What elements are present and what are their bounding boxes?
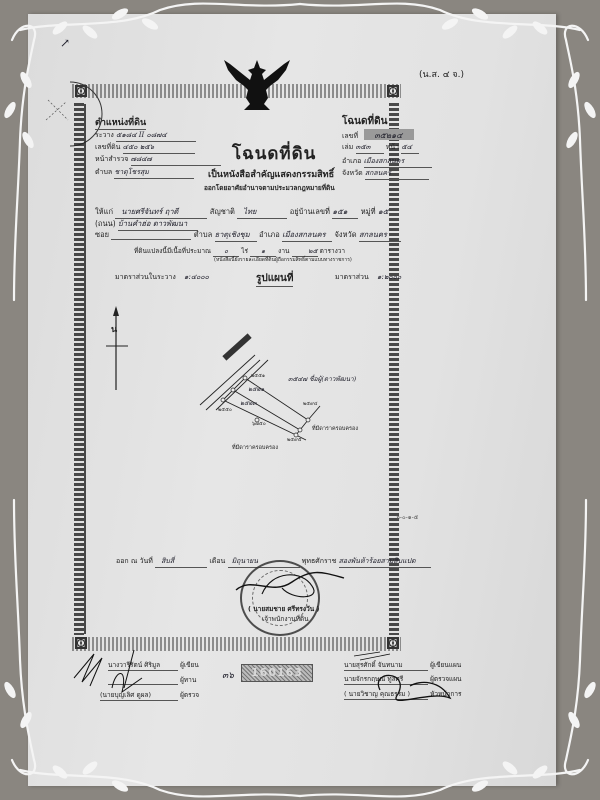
decorative-vine-frame [0, 0, 600, 800]
